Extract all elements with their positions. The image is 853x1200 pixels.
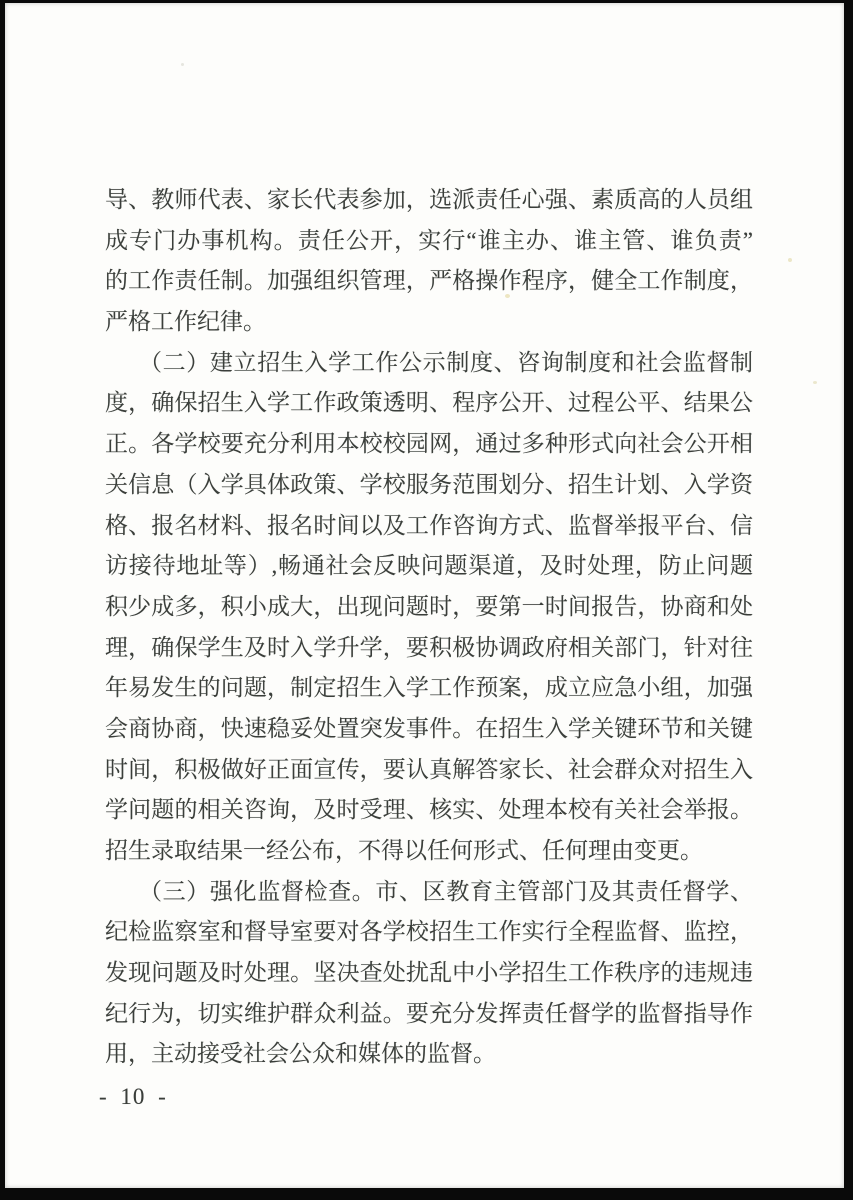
text-line: 成专门办事机构。责任公开，实行“谁主办、谁主管、谁负责” bbox=[105, 221, 753, 262]
text-line: 正。各学校要充分利用本校校园网，通过多种形式向社会公开相 bbox=[105, 424, 753, 465]
text-line: 的工作责任制。加强组织管理，严格操作程序，健全工作制度， bbox=[105, 261, 753, 302]
text-line: 格、报名材料、报名时间以及工作咨询方式、监督举报平台、信 bbox=[105, 506, 753, 547]
document-body: 导、教师代表、家长代表参加，选派责任心强、素质高的人员组成专门办事机构。责任公开… bbox=[105, 180, 753, 1075]
text-line: 纪行为，切实维护群众利益。要充分发挥责任督学的监督指导作 bbox=[105, 994, 753, 1035]
scanned-page: 导、教师代表、家长代表参加，选派责任心强、素质高的人员组成专门办事机构。责任公开… bbox=[5, 3, 844, 1188]
text-line: 严格工作纪律。 bbox=[105, 302, 753, 343]
text-line: 纪检监察室和督导室要对各学校招生工作实行全程监督、监控， bbox=[105, 912, 753, 953]
screenshot-root: { "colors": { "frame": "#0a0a0a", "paper… bbox=[0, 0, 853, 1200]
text-line: 发现问题及时处理。坚决查处扰乱中小学招生工作秩序的违规违 bbox=[105, 953, 753, 994]
text-line: 积少成多，积小成大，出现问题时，要第一时间报告，协商和处 bbox=[105, 587, 753, 628]
text-line: 用，主动接受社会公众和媒体的监督。 bbox=[105, 1034, 753, 1075]
text-line: （三）强化监督检查。市、区教育主管部门及其责任督学、 bbox=[105, 872, 753, 913]
scan-speck bbox=[181, 63, 184, 66]
text-line: 理，确保学生及时入学升学，要积极协调政府相关部门，针对往 bbox=[105, 628, 753, 669]
scan-speck bbox=[813, 381, 817, 384]
text-line: 时间，积极做好正面宣传，要认真解答家长、社会群众对招生入 bbox=[105, 750, 753, 791]
text-line: 招生录取结果一经公布，不得以任何形式、任何理由变更。 bbox=[105, 831, 753, 872]
text-line: （二）建立招生入学工作公示制度、咨询制度和社会监督制 bbox=[105, 343, 753, 384]
scan-border-frame: 导、教师代表、家长代表参加，选派责任心强、素质高的人员组成专门办事机构。责任公开… bbox=[0, 0, 853, 1200]
scan-speck bbox=[788, 258, 792, 262]
page-number: - 10 - bbox=[99, 1082, 167, 1112]
text-line: 关信息（入学具体政策、学校服务范围划分、招生计划、入学资 bbox=[105, 465, 753, 506]
text-line: 导、教师代表、家长代表参加，选派责任心强、素质高的人员组 bbox=[105, 180, 753, 221]
text-line: 访接待地址等）,畅通社会反映问题渠道，及时处理，防止问题 bbox=[105, 546, 753, 587]
text-line: 度，确保招生入学工作政策透明、程序公开、过程公平、结果公 bbox=[105, 383, 753, 424]
text-line: 学问题的相关咨询，及时受理、核实、处理本校有关社会举报。 bbox=[105, 790, 753, 831]
text-line: 会商协商，快速稳妥处置突发事件。在招生入学关键环节和关键 bbox=[105, 709, 753, 750]
text-line: 年易发生的问题，制定招生入学工作预案，成立应急小组，加强 bbox=[105, 668, 753, 709]
